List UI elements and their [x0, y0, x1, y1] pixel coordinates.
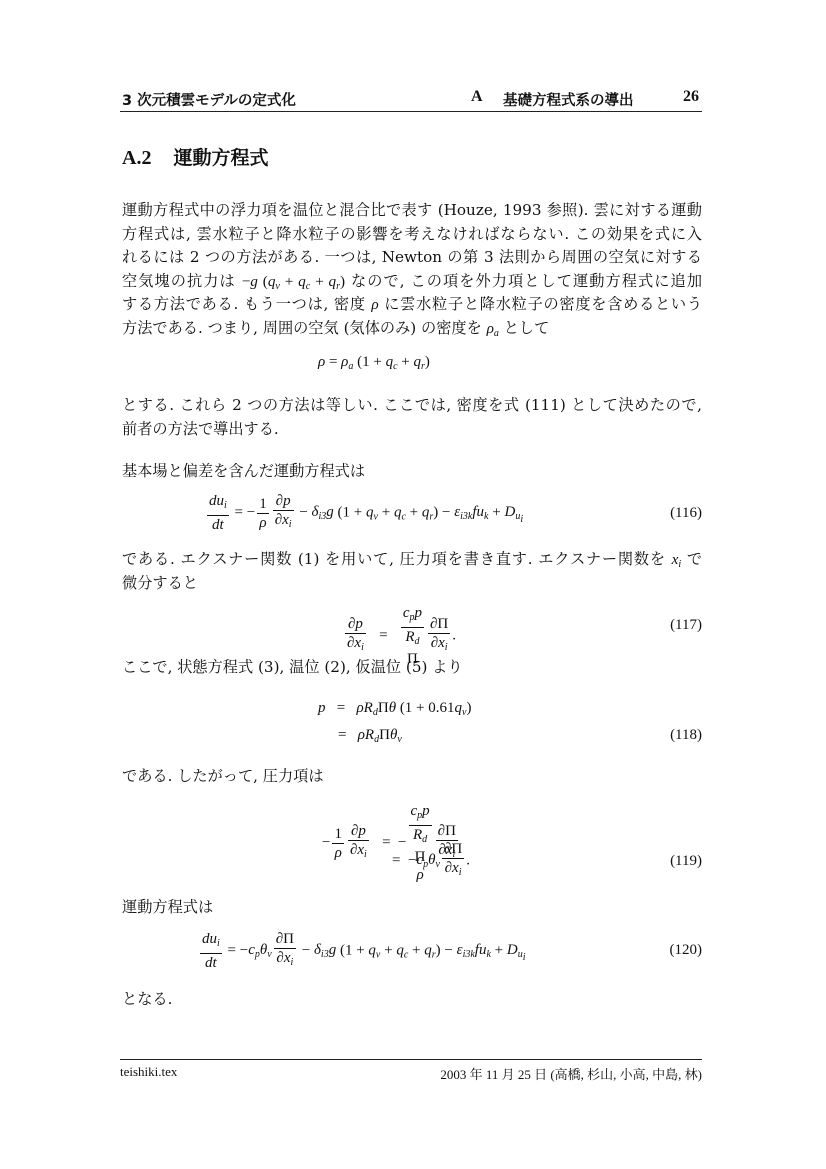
- text-line: れるには 2 つの方法がある. 一つは, Newton の第 3 法則から周囲の…: [122, 246, 702, 270]
- equation-number-116: (116): [670, 505, 702, 522]
- math-inline-rho: ρ: [371, 296, 378, 313]
- equation-119-line2: = −cpθv∂Π∂xi.: [392, 840, 470, 882]
- equation-116: duidt = −1ρ∂p∂xi − δi3g (1 + qv + qc + q…: [205, 492, 523, 534]
- math-inline-rho-a: ρa: [487, 320, 499, 337]
- equation-118-line2: = ρRdΠθv: [338, 727, 402, 745]
- text-line: 空気塊の抗力は −g (qv + qc + qr) なので, この項を外力項とし…: [122, 270, 702, 294]
- text-fragment: 方法である. つまり, 周囲の空気 (気体のみ) の密度を: [122, 319, 482, 337]
- footer-date-authors: 2003 年 11 月 25 日 (高橋, 杉山, 小高, 中島, 林): [440, 1064, 702, 1083]
- text-fragment: で: [687, 550, 702, 568]
- equation-density: ρ = ρa (1 + qc + qr): [318, 354, 430, 372]
- equation-number-120: (120): [670, 942, 703, 959]
- section-heading: A.2運動方程式: [122, 143, 268, 170]
- page-number: 26: [683, 88, 699, 106]
- section-number: A.2: [122, 147, 151, 169]
- paragraph-exner: である. エクスナー関数 (1) を用いて, 圧力項を書き直す. エクスナー関数…: [122, 548, 702, 595]
- equation-number-119: (119): [670, 853, 702, 870]
- text-fragment: として: [504, 319, 550, 337]
- equation-118-line1: p = ρRdΠθ (1 + 0.61qv): [318, 700, 471, 718]
- math-inline-xi: xi: [672, 551, 682, 568]
- header-rule: [120, 111, 702, 112]
- text-line: とする. これら 2 つの方法は等しい. ここでは, 密度を式 (111) とし…: [122, 394, 702, 418]
- text-line: 微分すると: [122, 572, 702, 596]
- text-line: 前者の方法で導出する.: [122, 418, 702, 442]
- footer-rule: [120, 1059, 702, 1060]
- text-fragment: に雲水粒子と降水粒子の密度を含めるという: [384, 295, 702, 313]
- paragraph-conclusion: となる.: [122, 988, 702, 1012]
- equation-number-118: (118): [670, 727, 702, 744]
- paragraph-momentum-result-intro: 運動方程式は: [122, 896, 702, 920]
- equation-number-117: (117): [670, 617, 702, 634]
- paragraph-momentum-intro: 基本場と偏差を含んだ運動方程式は: [122, 460, 702, 484]
- running-header-appendix-title: 基礎方程式系の導出: [503, 89, 634, 110]
- text-line: ここで, 状態方程式 (3), 温位 (2), 仮温位 (5) より: [122, 656, 702, 680]
- math-inline-drag: −g (qv + qc + qr): [242, 273, 345, 290]
- text-line: 方法である. つまり, 周囲の空気 (気体のみ) の密度を ρa として: [122, 317, 702, 341]
- text-fragment: する方法である. もう一つは, 密度: [122, 295, 366, 313]
- text-fragment: 空気塊の抗力は: [122, 272, 236, 290]
- text-line: する方法である. もう一つは, 密度 ρ に雲水粒子と降水粒子の密度を含めるとい…: [122, 293, 702, 317]
- section-title: 運動方程式: [173, 147, 268, 169]
- text-line: 方程式は, 雲水粒子と降水粒子の影響を考えなければならない. この効果を式に入: [122, 223, 702, 247]
- text-line: 運動方程式中の浮力項を温位と混合比で表す (Houze, 1993 参照). 雲…: [122, 199, 702, 223]
- text-line: となる.: [122, 988, 702, 1012]
- running-header-chapter: 3 次元積雲モデルの定式化: [122, 89, 296, 110]
- text-fragment: である. エクスナー関数 (1) を用いて, 圧力項を書き直す. エクスナー関数…: [122, 550, 666, 568]
- paragraph-state-equation: ここで, 状態方程式 (3), 温位 (2), 仮温位 (5) より: [122, 656, 702, 680]
- running-header-appendix-letter: A: [471, 88, 483, 106]
- text-line: である. エクスナー関数 (1) を用いて, 圧力項を書き直す. エクスナー関数…: [122, 548, 702, 572]
- text-fragment: なので, この項を外力項として運動方程式に追加: [351, 272, 702, 290]
- footer-filename: teishiki.tex: [120, 1064, 177, 1080]
- text-line: 基本場と偏差を含んだ運動方程式は: [122, 460, 702, 484]
- paragraph-pressure-term: である. したがって, 圧力項は: [122, 765, 702, 789]
- text-line: である. したがって, 圧力項は: [122, 765, 702, 789]
- paragraph-intro: 運動方程式中の浮力項を温位と混合比で表す (Houze, 1993 参照). 雲…: [122, 199, 702, 341]
- text-line: 運動方程式は: [122, 896, 702, 920]
- equation-120: duidt = −cpθv∂Π∂xi − δi3g (1 + qv + qc +…: [198, 930, 526, 972]
- paragraph-method: とする. これら 2 つの方法は等しい. ここでは, 密度を式 (111) とし…: [122, 394, 702, 441]
